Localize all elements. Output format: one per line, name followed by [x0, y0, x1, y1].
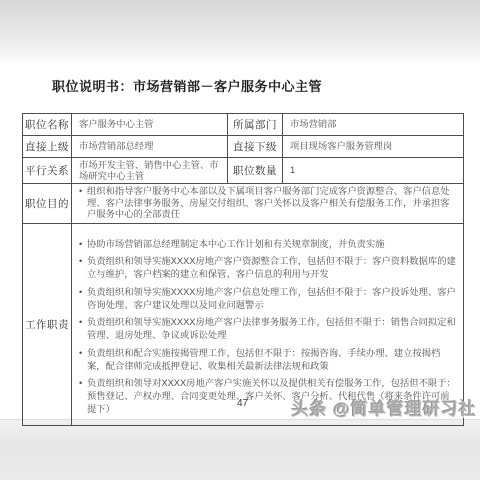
cell-superior-label: 直接上级 — [23, 136, 72, 158]
cell-headcount-value: 1 — [283, 158, 464, 184]
watermark-text: 头条 @简单管理研习社 — [292, 395, 477, 420]
table-row: 直接上级 市场营销部总经理 直接下级 项目现场客户服务管理岗 — [23, 136, 464, 158]
cell-department-label: 所属部门 — [228, 114, 283, 136]
background-band-bottom — [0, 419, 480, 480]
cell-purpose-content: 组织和指导客户服务中心本部以及下属项目客户服务部门完成客户资源整合、客户信息处理… — [72, 184, 464, 224]
cell-parallel-value: 市场开发主管、销售中心主管、市场研究中心主管 — [72, 158, 228, 184]
purpose-item: 组织和指导客户服务中心本部以及下属项目客户服务部门完成客户资源整合、客户信息处理… — [79, 186, 457, 221]
cell-department-value: 市场营销部 — [283, 114, 464, 136]
cell-purpose-label: 职位目的 — [23, 184, 72, 224]
document-page: 职位说明书：市场营销部－客户服务中心主管 职位名称 客户服务中心主管 所属部门 … — [0, 0, 480, 480]
purpose-list: 组织和指导客户服务中心本部以及下属项目客户服务部门完成客户资源整合、客户信息处理… — [79, 186, 457, 221]
cell-duties-label: 工作职责 — [23, 223, 72, 425]
table-row: 平行关系 市场开发主管、销售中心主管、市场研究中心主管 职位数量 1 — [23, 158, 464, 184]
cell-subordinate-label: 直接下级 — [228, 136, 283, 158]
cell-subordinate-value: 项目现场客户服务管理岗 — [283, 136, 464, 158]
table-row: 职位名称 客户服务中心主管 所属部门 市场营销部 — [23, 114, 464, 136]
duties-list: 协助市场营销部总经理制定本中心工作计划和有关规章制度，并负责实施 负责组织和领导… — [79, 238, 456, 417]
cell-position-name-value: 客户服务中心主管 — [72, 114, 228, 136]
cell-position-name-label: 职位名称 — [23, 114, 72, 136]
cell-parallel-label: 平行关系 — [23, 158, 72, 184]
duty-item: 协助市场营销部总经理制定本中心工作计划和有关规章制度，并负责实施 — [79, 238, 456, 251]
duty-item: 负责组织和领导实施XXXX房地产客户信息处理工作，包括但不限于：客户投诉处理、客… — [79, 286, 456, 312]
page-title: 职位说明书：市场营销部－客户服务中心主管 — [52, 76, 322, 95]
duty-item: 负责组织和配合实施按揭管理工作，包括但不限于：按揭咨询、手续办理、建立按揭档案，… — [79, 347, 456, 373]
job-description-table: 职位名称 客户服务中心主管 所属部门 市场营销部 直接上级 市场营销部总经理 直… — [22, 113, 464, 426]
duty-item: 负责组织和领导实施XXXX房地产客户资源整合工作，包括但不限于：客户资料数据库的… — [79, 255, 456, 281]
cell-superior-value: 市场营销部总经理 — [72, 136, 228, 158]
duty-item: 负责组织和领导实施XXXX房地产客户法律事务服务工作，包括但不限于：销售合同拟定… — [79, 316, 456, 342]
table-row: 职位目的 组织和指导客户服务中心本部以及下属项目客户服务部门完成客户资源整合、客… — [23, 184, 464, 224]
cell-headcount-label: 职位数量 — [228, 158, 283, 184]
background-band-top — [0, 0, 480, 62]
